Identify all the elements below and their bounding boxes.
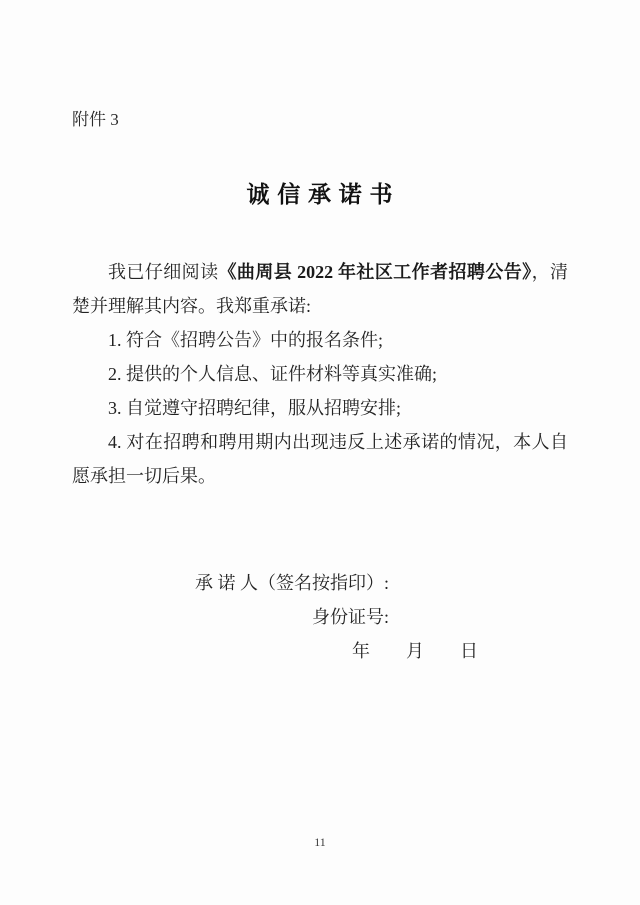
commitment-item-2: 2. 提供的个人信息、证件材料等真实准确; [72,357,568,391]
cited-announcement-title: 《曲周县 2022 年社区工作者招聘公告》 [219,262,532,282]
date-line: 年 月 日 [72,634,568,668]
commitment-item-3: 3. 自觉遵守招聘纪律，服从招聘安排; [72,391,568,425]
commitment-item-4: 4. 对在招聘和聘用期内出现违反上述承诺的情况，本人自愿承担一切后果。 [72,425,568,493]
attachment-label: 附件 3 [72,110,568,130]
intro-text-pre: 我已仔细阅读 [108,262,219,282]
intro-paragraph: 我已仔细阅读《曲周县 2022 年社区工作者招聘公告》，清楚并理解其内容。我郑重… [72,255,568,323]
document-title: 诚 信 承 诺 书 [72,182,568,208]
document-page: 附件 3 诚 信 承 诺 书 我已仔细阅读《曲周县 2022 年社区工作者招聘公… [0,0,640,905]
signature-block: 承 诺 人（签名按指印）: 身份证号: 年 月 日 [72,566,568,668]
promiser-signature-line: 承 诺 人（签名按指印）: [72,566,568,600]
commitment-item-1: 1. 符合《招聘公告》中的报名条件; [72,323,568,357]
document-content: 附件 3 诚 信 承 诺 书 我已仔细阅读《曲周县 2022 年社区工作者招聘公… [72,110,568,668]
document-body: 我已仔细阅读《曲周县 2022 年社区工作者招聘公告》，清楚并理解其内容。我郑重… [72,255,568,493]
id-number-line: 身份证号: [72,600,568,634]
page-number: 11 [0,835,640,849]
